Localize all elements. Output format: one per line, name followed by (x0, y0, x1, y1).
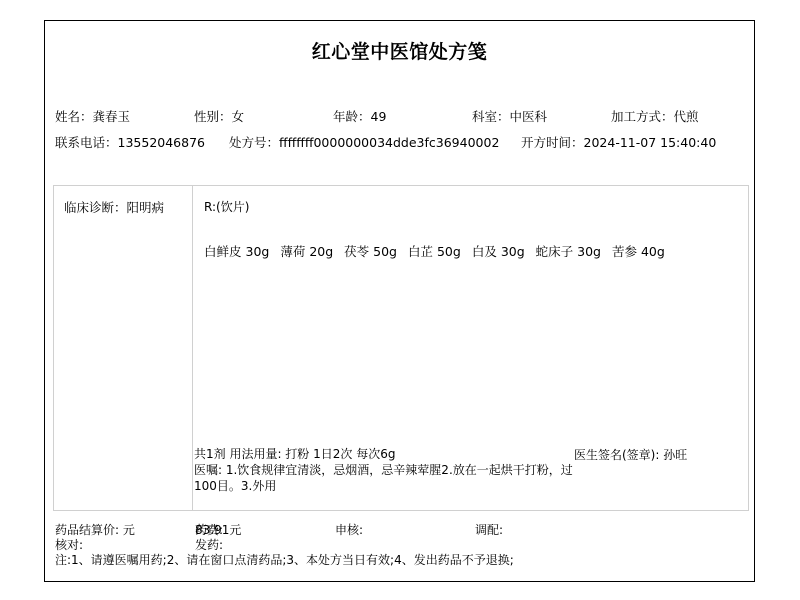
issue: 发药: (195, 537, 223, 553)
rx-header: R:(饮片) (204, 198, 249, 215)
herb-item: 白鲜皮 30g (204, 242, 269, 260)
herb-dose: 50g (373, 244, 397, 259)
footer: 药品结算价: 元 药费: 83.91元 申核: 调配: 核对: 发药: 注:1、… (55, 522, 745, 568)
doctor-label: 医生签名(签章): (574, 448, 663, 462)
diagnosis-value: 阳明病 (127, 200, 165, 215)
herb-name: 蛇床子 (536, 244, 574, 259)
patient-gender: 性别：女 (194, 107, 244, 125)
phone-label: 联系电话： (55, 135, 118, 150)
herb-item: 蛇床子 30g (536, 242, 601, 260)
doctor-name: 孙旺 (663, 448, 687, 462)
doctor-advice: 医嘱: 1.饮食规律宜清淡，忌烟酒，忌辛辣荤腥2.放在一起烘干打粉，过100目。… (194, 462, 574, 494)
department: 科室：中医科 (472, 107, 547, 125)
footer-row-1: 药品结算价: 元 药费: 83.91元 申核: 调配: (55, 522, 745, 537)
processing-value: 代煎 (674, 109, 699, 124)
herb-name: 白芷 (408, 244, 433, 259)
herb-list: 白鲜皮 30g 薄荷 20g 茯苓 50g 白芷 50g 白及 30g 蛇床子 … (204, 242, 672, 260)
rx-time-value: 2024-11-07 15:40:40 (584, 135, 717, 150)
footer-row-2: 核对: 发药: (55, 537, 745, 552)
herb-dose: 40g (641, 244, 665, 259)
herb-dose: 30g (246, 244, 270, 259)
herb-dose: 30g (577, 244, 601, 259)
rx-number-value: ffffffff0000000034dde3fc36940002 (279, 135, 499, 150)
doctor-signature: 医生签名(签章): 孙旺 (574, 446, 687, 463)
check: 核对: (55, 537, 83, 553)
age-label: 年龄： (333, 109, 371, 124)
clinical-diagnosis: 临床诊断：阳明病 (64, 198, 164, 216)
gender-value: 女 (232, 109, 245, 124)
herb-item: 茯苓 50g (344, 242, 397, 260)
phone-value: 13552046876 (118, 135, 205, 150)
page-title: 红心堂中医馆处方笺 (45, 37, 754, 64)
prescription-sheet: 红心堂中医馆处方笺 姓名：龚春玉 性别：女 年龄：49 科室：中医科 加工方式：… (44, 20, 755, 582)
herb-dose: 20g (309, 244, 333, 259)
gender-label: 性别： (194, 109, 232, 124)
patient-name: 姓名：龚春玉 (55, 107, 130, 125)
diagnosis-label: 临床诊断： (64, 200, 127, 215)
herb-item: 白芷 50g (408, 242, 461, 260)
rx-number: 处方号：ffffffff0000000034dde3fc36940002 (229, 133, 499, 151)
review: 申核: (335, 522, 363, 538)
rx-number-label: 处方号： (229, 135, 279, 150)
name-label: 姓名： (55, 109, 93, 124)
herb-item: 苦参 40g (612, 242, 665, 260)
herb-name: 薄荷 (280, 244, 305, 259)
settle-price: 药品结算价: 元 (55, 522, 135, 538)
processing-method: 加工方式：代煎 (611, 107, 699, 125)
herb-dose: 50g (437, 244, 461, 259)
herb-item: 白及 30g (472, 242, 525, 260)
herb-name: 苦参 (612, 244, 637, 259)
herb-name: 白及 (472, 244, 497, 259)
herb-name: 茯苓 (344, 244, 369, 259)
department-value: 中医科 (510, 109, 548, 124)
herb-item: 薄荷 20g (280, 242, 333, 260)
herb-name: 白鲜皮 (204, 244, 242, 259)
name-value: 龚春玉 (93, 109, 131, 124)
prescription-box: 临床诊断：阳明病 R:(饮片) 白鲜皮 30g 薄荷 20g 茯苓 50g 白芷… (53, 185, 749, 511)
processing-label: 加工方式： (611, 109, 674, 124)
department-label: 科室： (472, 109, 510, 124)
rx-time: 开方时间：2024-11-07 15:40:40 (521, 133, 716, 151)
fee-value: 83.91元 (195, 522, 241, 538)
divider (192, 186, 193, 510)
footer-note: 注:1、请遵医嘱用药;2、请在窗口点清药品;3、本处方当日有效;4、发出药品不予… (55, 552, 745, 568)
herb-dose: 30g (501, 244, 525, 259)
dispense: 调配: (475, 522, 503, 538)
rx-time-label: 开方时间： (521, 135, 584, 150)
patient-age: 年龄：49 (333, 107, 386, 125)
usage-dosage: 共1剂 用法用量: 打粉 1日2次 每次6g (194, 446, 574, 462)
age-value: 49 (371, 109, 387, 124)
usage-block: 共1剂 用法用量: 打粉 1日2次 每次6g 医嘱: 1.饮食规律宜清淡，忌烟酒… (194, 446, 574, 494)
phone: 联系电话：13552046876 (55, 133, 205, 151)
